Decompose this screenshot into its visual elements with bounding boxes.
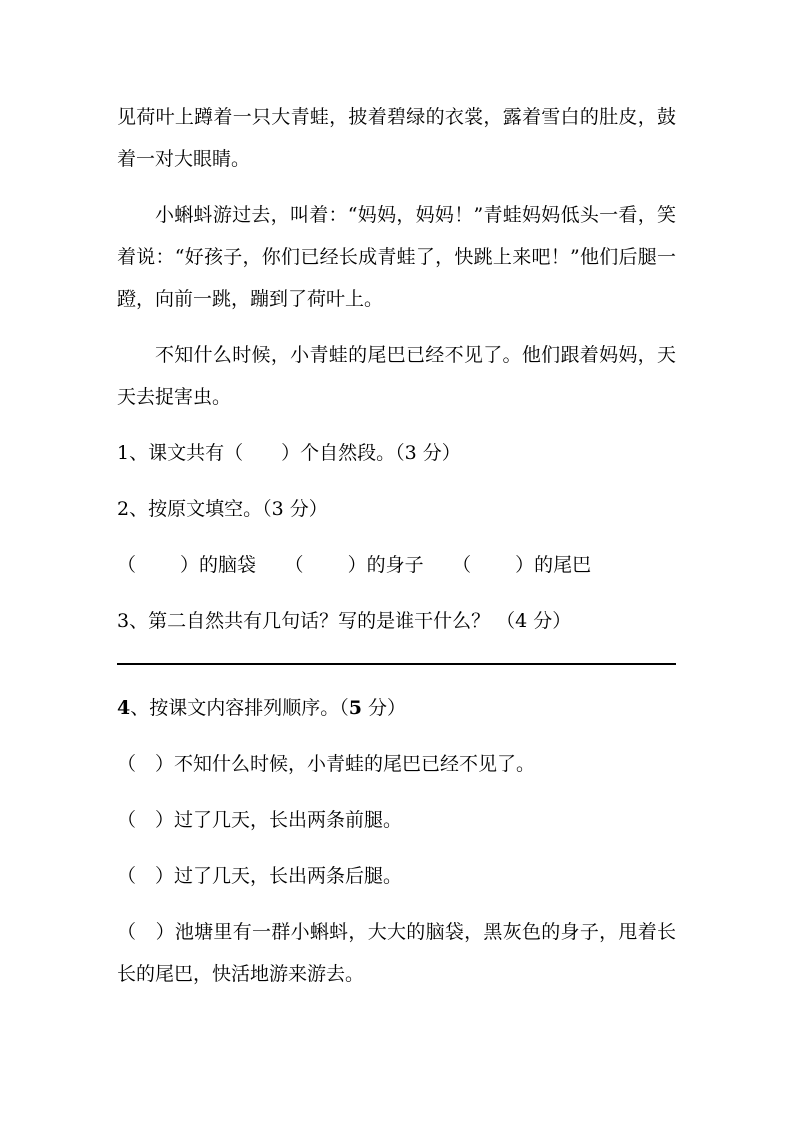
- question-4: 4、按课文内容排列顺序。（5 分）: [117, 687, 676, 729]
- passage-paragraph-1: 见荷叶上蹲着一只大青蛙，披着碧绿的衣裳，露着雪白的肚皮，鼓着一对大眼睛。: [117, 96, 676, 180]
- question-4-text: 、按课文内容排列顺序。（: [130, 697, 349, 719]
- question-1: 1、课文共有（ ）个自然段。（3 分）: [117, 432, 676, 474]
- sequence-item-1: （ ）不知什么时候，小青蛙的尾巴已经不见了。: [117, 743, 676, 785]
- question-4-score: 5: [349, 697, 362, 719]
- sequence-item-4: （ ）池塘里有一群小蝌蚪，大大的脑袋，黑灰色的身子，甩着长长的尾巴，快活地游来游…: [117, 911, 676, 995]
- sequence-item-3: （ ）过了几天，长出两条后腿。: [117, 855, 676, 897]
- worksheet-page: 见荷叶上蹲着一只大青蛙，披着碧绿的衣裳，露着雪白的肚皮，鼓着一对大眼睛。 小蝌蚪…: [0, 0, 794, 1123]
- question-2-blanks: （ ）的脑袋 （ ）的身子 （ ）的尾巴: [117, 544, 676, 586]
- question-3: 3、第二自然共有几句话？写的是谁干什么？ （4 分）: [117, 600, 676, 642]
- question-4-score-suffix: 分）: [362, 697, 406, 719]
- passage-paragraph-3: 不知什么时候，小青蛙的尾巴已经不见了。他们跟着妈妈，天天去捉害虫。: [117, 334, 676, 418]
- sequence-item-2: （ ）过了几天，长出两条前腿。: [117, 799, 676, 841]
- question-2: 2、按原文填空。（3 分）: [117, 488, 676, 530]
- passage-paragraph-2: 小蝌蚪游过去，叫着：“妈妈，妈妈！”青蛙妈妈低头一看，笑着说：“好孩子，你们已经…: [117, 194, 676, 320]
- answer-line: [117, 663, 676, 665]
- question-4-number: 4: [117, 697, 130, 719]
